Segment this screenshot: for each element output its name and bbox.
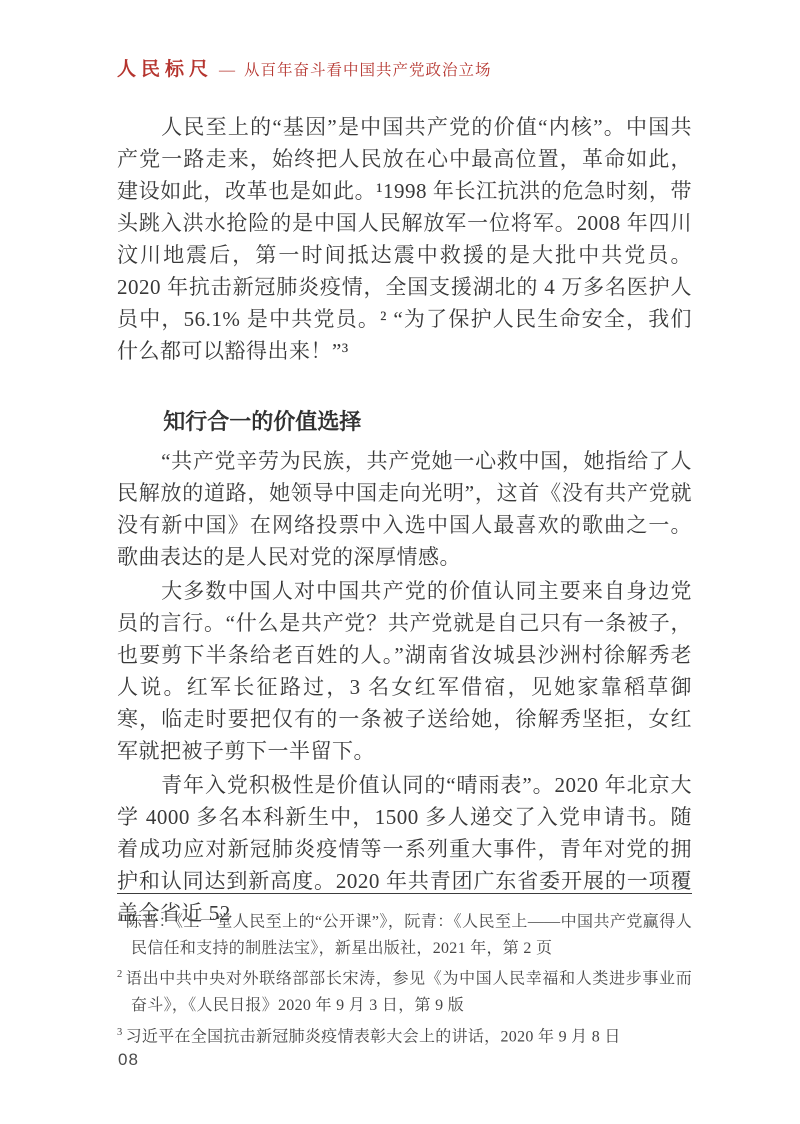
page-body: 人民至上的“基因”是中国共产党的价值“内核”。中国共产党一路走来，始终把人民放在… bbox=[117, 111, 692, 929]
section-heading: 知行合一的价值选择 bbox=[117, 406, 692, 438]
book-title: 人民标尺 bbox=[117, 59, 213, 80]
footnote-2-text: 语出中共中央对外联络部部长宋涛，参见《为中国人民幸福和人类进步事业而奋斗》，《人… bbox=[126, 971, 692, 1015]
footnote-1-marker: 1 bbox=[117, 912, 123, 923]
footnote-3: 3习近平在全国抗击新冠肺炎疫情表彰大会上的讲话，2020 年 9 月 8 日 bbox=[117, 1020, 692, 1051]
page-number: 08 bbox=[118, 1050, 139, 1070]
footnote-2: 2语出中共中央对外联络部部长宋涛，参见《为中国人民幸福和人类进步事业而奋斗》，《… bbox=[117, 962, 692, 1019]
footnote-2-marker: 2 bbox=[117, 969, 123, 980]
footnote-1-text: 陈晋：《上一堂人民至上的“公开课”》，阮青：《人民至上——中国共产党赢得人民信任… bbox=[126, 913, 692, 957]
footnote-1: 1陈晋：《上一堂人民至上的“公开课”》，阮青：《人民至上——中国共产党赢得人民信… bbox=[117, 905, 692, 962]
running-header: 人民标尺 — 从百年奋斗看中国共产党政治立场 bbox=[117, 54, 492, 81]
paragraph-quilt-story: 大多数中国人对中国共产党的价值认同主要来自身边党员的言行。“什么是共产党？共产党… bbox=[117, 575, 692, 767]
header-dash: — bbox=[219, 62, 235, 79]
paragraph-intro: 人民至上的“基因”是中国共产党的价值“内核”。中国共产党一路走来，始终把人民放在… bbox=[117, 111, 692, 367]
footnote-3-text: 习近平在全国抗击新冠肺炎疫情表彰大会上的讲话，2020 年 9 月 8 日 bbox=[126, 1028, 621, 1045]
paragraph-song: “共产党辛劳为民族，共产党她一心救中国，她指给了人民解放的道路，她领导中国走向光… bbox=[117, 445, 692, 573]
footnotes-section: 1陈晋：《上一堂人民至上的“公开课”》，阮青：《人民至上——中国共产党赢得人民信… bbox=[117, 893, 692, 1050]
footnote-3-marker: 3 bbox=[117, 1027, 123, 1038]
chapter-subtitle: 从百年奋斗看中国共产党政治立场 bbox=[244, 62, 492, 79]
book-page: 人民标尺 — 从百年奋斗看中国共产党政治立场 人民至上的“基因”是中国共产党的价… bbox=[0, 0, 800, 1124]
